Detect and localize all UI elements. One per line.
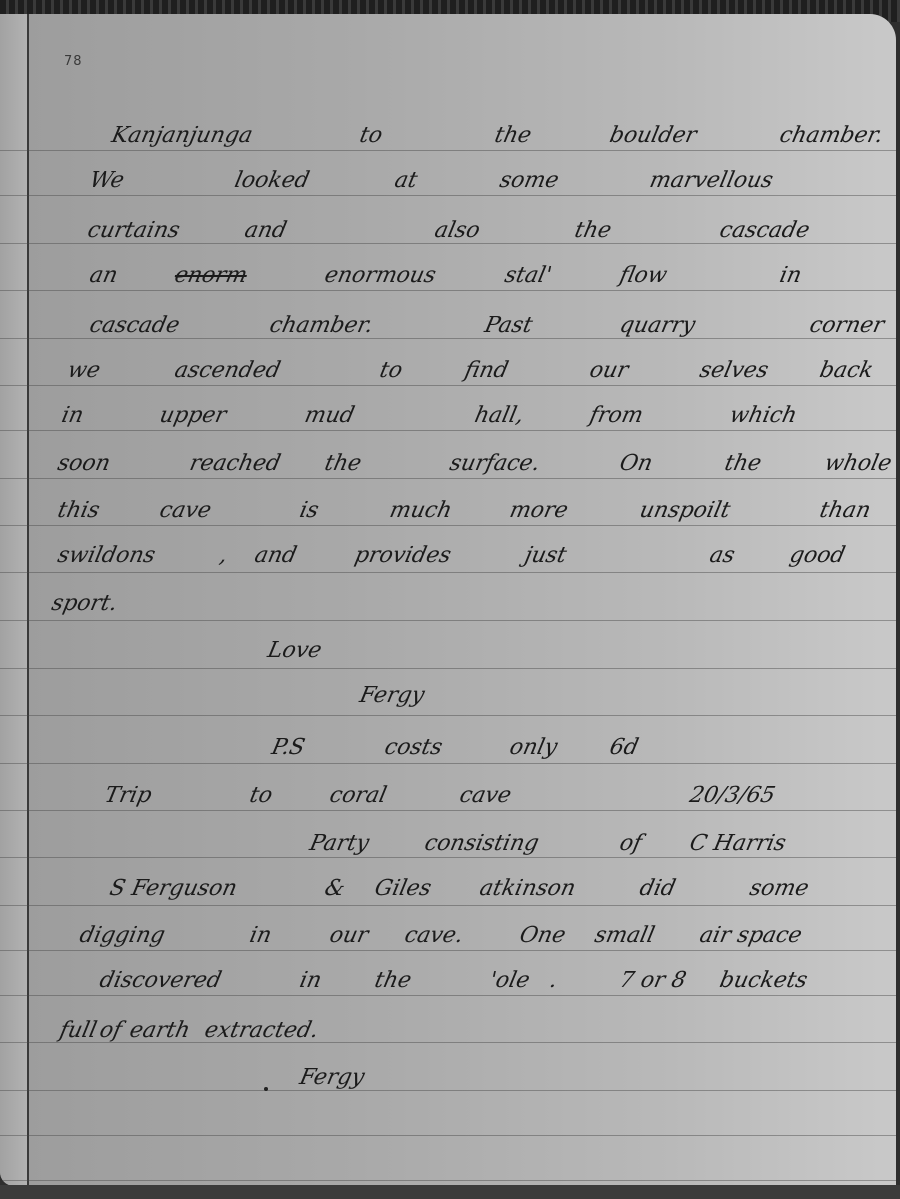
ruled-line — [0, 1135, 896, 1136]
handwritten-word: enorm — [172, 263, 249, 288]
notebook-page: 78 Kanjanjungatotheboulderchamber.Welook… — [0, 14, 896, 1186]
handwritten-word: consisting — [422, 831, 541, 856]
handwritten-word: at — [392, 168, 419, 193]
handwritten-line: curtainsandalsothecascade — [0, 209, 896, 249]
handwritten-word: 7 or 8 — [617, 968, 688, 993]
handwritten-word: hall, — [472, 403, 526, 428]
handwritten-word: of — [617, 831, 644, 856]
handwritten-word: flow — [617, 263, 669, 288]
handwritten-word: buckets — [717, 968, 809, 993]
handwritten-word: swildons — [55, 543, 157, 568]
handwritten-word: corner — [807, 313, 886, 338]
handwritten-word: the — [492, 123, 533, 148]
handwritten-word: of — [97, 1018, 124, 1043]
handwritten-word: and — [252, 543, 299, 568]
handwritten-word: digging — [77, 923, 167, 948]
handwritten-word: , — [217, 543, 229, 568]
handwritten-word: reached — [187, 451, 283, 476]
handwritten-word: We — [87, 168, 126, 193]
handwritten-word: in — [247, 923, 274, 948]
handwritten-word: did — [637, 876, 678, 901]
handwritten-word: much — [387, 498, 454, 523]
handwritten-word: only — [507, 735, 559, 760]
handwritten-word: atkinson — [477, 876, 578, 901]
handwritten-word: our — [587, 358, 630, 383]
handwritten-word: the — [372, 968, 413, 993]
handwritten-word: full — [57, 1018, 99, 1043]
handwritten-word: S Ferguson — [107, 876, 239, 901]
handwritten-word: we — [65, 358, 102, 383]
handwritten-word: in — [59, 403, 86, 428]
handwritten-word: cave — [457, 783, 513, 808]
handwritten-word: Giles — [372, 876, 433, 901]
handwritten-line: swildons,andprovidesjustasgood — [0, 534, 896, 574]
handwritten-word: Fergy — [357, 683, 426, 708]
handwritten-line: S Ferguson&Gilesatkinsondidsome — [0, 867, 896, 907]
handwritten-word: sport. — [49, 591, 119, 616]
handwritten-word: Trip — [102, 783, 154, 808]
handwritten-word: upper — [157, 403, 228, 428]
handwritten-word: enormous — [322, 263, 438, 288]
handwritten-line: anenormenormousstal'flowin — [0, 254, 896, 294]
handwritten-word: 6d — [607, 735, 640, 760]
handwritten-line: PartyconsistingofC Harris — [0, 822, 896, 862]
handwritten-word: extracted. — [202, 1018, 320, 1043]
handwritten-line: Fergy — [0, 674, 896, 714]
handwritten-word: quarry — [617, 313, 697, 338]
handwritten-line: sport. — [0, 582, 896, 622]
handwritten-word: costs — [382, 735, 444, 760]
handwritten-word: cascade — [87, 313, 182, 338]
handwritten-line: Love — [0, 629, 896, 669]
ruled-line — [0, 1180, 896, 1181]
handwritten-word: Kanjanjunga — [109, 123, 255, 148]
handwritten-word: some — [497, 168, 561, 193]
handwritten-word: to — [247, 783, 274, 808]
handwritten-word: chamber. — [777, 123, 885, 148]
handwritten-line: soonreachedthesurface.Onthewhole — [0, 442, 896, 482]
handwritten-word: On — [617, 451, 655, 476]
handwritten-line: inuppermudhall,fromwhichwe — [0, 394, 896, 434]
handwritten-word: in — [297, 968, 324, 993]
handwritten-word: & — [322, 876, 347, 901]
handwritten-word: 20/3/65 — [687, 783, 777, 808]
handwritten-word: cave — [157, 498, 213, 523]
handwritten-word: our — [327, 923, 370, 948]
ink-dot — [264, 1087, 268, 1091]
handwritten-word: to — [377, 358, 404, 383]
handwritten-word: looked — [232, 168, 311, 193]
handwritten-line: weascendedtofindourselvesback — [0, 349, 896, 389]
handwritten-word: whole — [822, 451, 894, 476]
ruled-line — [0, 715, 896, 716]
handwritten-line: discoveredinthe'ole.7 or 8buckets — [0, 959, 896, 999]
handwritten-word: cascade — [717, 218, 812, 243]
handwritten-word: some — [747, 876, 811, 901]
handwritten-word: small — [592, 923, 657, 948]
handwritten-word: also — [432, 218, 482, 243]
handwritten-word: C Harris — [687, 831, 788, 856]
handwritten-word: P.S — [269, 735, 307, 760]
handwritten-word: Love — [265, 638, 324, 663]
handwritten-word: mud — [302, 403, 356, 428]
handwritten-word: Party — [307, 831, 371, 856]
handwritten-word: stal' — [502, 263, 554, 288]
handwritten-word: than — [817, 498, 873, 523]
handwritten-word: which — [727, 403, 799, 428]
handwritten-word: selves — [697, 358, 770, 383]
handwritten-word: more — [507, 498, 570, 523]
handwritten-line: thiscaveismuchmoreunspoiltthan — [0, 489, 896, 529]
handwritten-line: cascadechamber.Pastquarrycorner — [0, 304, 896, 344]
handwritten-word: in — [777, 263, 804, 288]
handwritten-word: cave. — [402, 923, 465, 948]
handwritten-word: from — [587, 403, 645, 428]
handwritten-word: 'ole — [487, 968, 532, 993]
handwritten-word: earth — [127, 1018, 192, 1043]
handwritten-word: an — [87, 263, 120, 288]
notebook-edge-bottom — [0, 1185, 900, 1199]
handwritten-word: this — [55, 498, 102, 523]
handwritten-word: the — [322, 451, 363, 476]
handwritten-word: One — [517, 923, 568, 948]
handwritten-line: Welookedatsomemarvellous — [0, 159, 896, 199]
handwritten-word: back — [817, 358, 875, 383]
handwritten-word: marvellous — [647, 168, 775, 193]
handwritten-word: soon — [55, 451, 112, 476]
handwritten-word: find — [462, 358, 510, 383]
handwritten-word: as — [707, 543, 737, 568]
handwritten-word: the — [572, 218, 613, 243]
handwritten-word: boulder — [607, 123, 698, 148]
handwritten-word: Past — [482, 313, 534, 338]
handwritten-word: curtains — [85, 218, 182, 243]
handwritten-word: ascended — [172, 358, 282, 383]
handwritten-word: the — [722, 451, 763, 476]
handwritten-word: air space — [697, 923, 804, 948]
handwritten-line: fullofearthextracted. — [0, 1009, 896, 1049]
handwritten-word: surface. — [447, 451, 542, 476]
handwritten-line: digginginourcave.Onesmallair space — [0, 914, 896, 954]
handwritten-line: Kanjanjungatotheboulderchamber. — [0, 114, 896, 154]
handwritten-word: is — [297, 498, 321, 523]
handwritten-word: provides — [352, 543, 453, 568]
handwritten-word: . — [547, 968, 559, 993]
handwritten-word: Fergy — [297, 1065, 366, 1090]
handwritten-line: Triptocoralcave20/3/65 — [0, 774, 896, 814]
handwritten-line: P.Scostsonly6d — [0, 726, 896, 766]
handwritten-word: just — [522, 543, 568, 568]
handwritten-line: Fergy — [0, 1056, 896, 1096]
handwritten-word: discovered — [97, 968, 223, 993]
page-number: 78 — [64, 54, 83, 69]
handwritten-word: and — [242, 218, 289, 243]
handwritten-word: coral — [327, 783, 389, 808]
handwritten-word: chamber. — [267, 313, 375, 338]
handwritten-word: good — [787, 543, 847, 568]
handwritten-word: unspoilt — [637, 498, 732, 523]
handwritten-word: to — [357, 123, 384, 148]
